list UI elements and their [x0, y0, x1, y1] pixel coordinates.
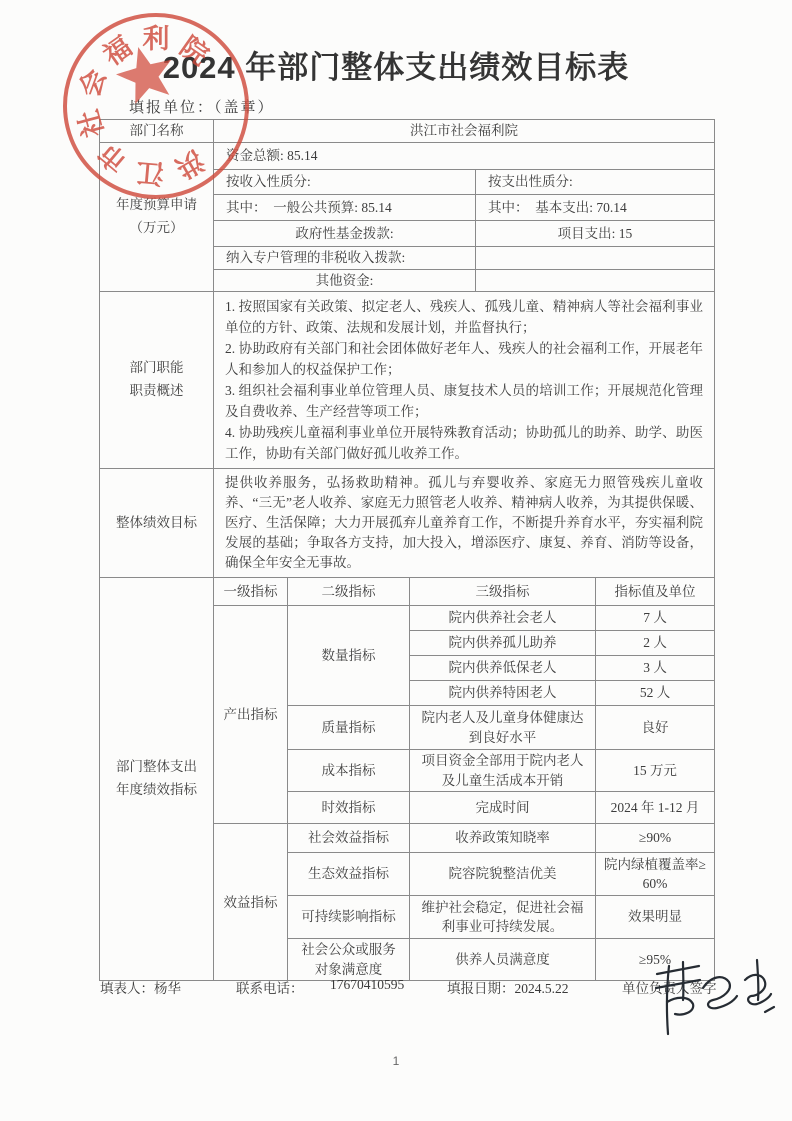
expense-type-header-cell: 按支出性质分: — [476, 170, 715, 195]
page-number: 1 — [0, 1054, 792, 1068]
duties-header-cell: 部门职能 职责概述 — [100, 292, 214, 469]
dept-name-label-cell: 部门名称 — [100, 120, 214, 143]
income-other-cell: 其他资金: — [214, 269, 476, 292]
indicators-outer-header-cell: 部门整体支出 年度绩效指标 — [100, 578, 214, 981]
reporting-unit-line: 填报单位：（盖章） — [129, 96, 275, 117]
duties-section: 部门职能 职责概述 1. 按照国家有关政策、拟定老人、残疾人、孤残儿童、精神病人… — [99, 291, 715, 469]
expense-basic-cell: 其中： 基本支出: 70.14 — [476, 195, 715, 221]
level3-cell: 院内老人及儿童身体健康达到良好水平 — [410, 706, 596, 750]
income-nontax-cell: 纳入专户管理的非税收入拨款: — [214, 247, 476, 270]
value-cell: 15 万元 — [596, 750, 715, 792]
income-gov-fund-cell: 政府性基金拨款: — [214, 221, 476, 247]
income-general-budget-cell: 其中： 一般公共预算: 85.14 — [214, 195, 476, 221]
level2-cell: 时效指标 — [288, 792, 410, 824]
level3-cell: 院内供养孤儿助养 — [410, 631, 596, 656]
preparer-field: 填表人：杨华 — [100, 977, 181, 997]
duties-header-line1: 部门职能 — [107, 357, 206, 380]
level3-cell: 院内供养特困老人 — [410, 681, 596, 706]
level2-cell: 数量指标 — [288, 606, 410, 706]
duty-item: 2. 协助政府有关部门和社会团体做好老年人、残疾人的社会福利工作，开展老年人和参… — [225, 338, 703, 380]
dept-name-value-cell: 洪江市社会福利院 — [214, 120, 715, 143]
level3-cell: 完成时间 — [410, 792, 596, 824]
value-cell: 52 人 — [596, 681, 715, 706]
col-header-level2: 二级指标 — [288, 578, 410, 606]
empty-cell — [476, 269, 715, 292]
col-header-value: 指标值及单位 — [596, 578, 715, 606]
level2-cell: 社会效益指标 — [288, 824, 410, 853]
budget-header-line1: 年度预算申请 — [107, 194, 206, 217]
level2-cell: 社会公众或服务对象满意度 — [288, 939, 410, 981]
budget-total-cell: 资金总额: 85.14 — [214, 143, 715, 170]
value-cell: 2024 年 1-12 月 — [596, 792, 715, 824]
value-cell: 3 人 — [596, 656, 715, 681]
indicators-section: 部门整体支出 年度绩效指标 一级指标 二级指标 三级指标 指标值及单位 产出指标… — [99, 577, 715, 981]
level3-cell: 维护社会稳定，促进社会福利事业可持续发展。 — [410, 896, 596, 939]
value-cell: 院内绿植覆盖率≥60% — [596, 853, 715, 896]
col-header-level3: 三级指标 — [410, 578, 596, 606]
level3-cell: 收养政策知晓率 — [410, 824, 596, 853]
table-row: 部门名称 洪江市社会福利院 — [100, 120, 715, 143]
table-row: 整体绩效目标 提供收养服务，弘扬救助精神。孤儿与弃婴收养、家庭无力照管残疾儿童收… — [100, 469, 715, 578]
indicator-header-row: 部门整体支出 年度绩效指标 一级指标 二级指标 三级指标 指标值及单位 — [100, 578, 715, 606]
handwritten-signature — [653, 944, 783, 1044]
level3-cell: 院内供养低保老人 — [410, 656, 596, 681]
performance-target-table: 部门名称 洪江市社会福利院 年度预算申请 （万元） 资金总额: 85.14 按收… — [99, 120, 714, 981]
indicators-outer-line2: 年度绩效指标 — [107, 779, 206, 802]
goal-text: 提供收养服务，弘扬救助精神。孤儿与弃婴收养、家庭无力照管残疾儿童收养、“三无”老… — [225, 473, 703, 573]
level1-benefit-cell: 效益指标 — [214, 824, 288, 981]
level2-cell: 可持续影响指标 — [288, 896, 410, 939]
value-cell: 7 人 — [596, 606, 715, 631]
table-row: 部门职能 职责概述 1. 按照国家有关政策、拟定老人、残疾人、孤残儿童、精神病人… — [100, 292, 715, 469]
duties-header-line2: 职责概述 — [107, 380, 206, 403]
duties-content-cell: 1. 按照国家有关政策、拟定老人、残疾人、孤残儿童、精神病人等社会福利事业单位的… — [214, 292, 715, 469]
level3-cell: 项目资金全部用于院内老人及儿童生活成本开销 — [410, 750, 596, 792]
level2-cell: 质量指标 — [288, 706, 410, 750]
phone-value: 17670410595 — [330, 977, 404, 993]
goal-header-cell: 整体绩效目标 — [100, 469, 214, 578]
goal-content-cell: 提供收养服务，弘扬救助精神。孤儿与弃婴收养、家庭无力照管残疾儿童收养、“三无”老… — [214, 469, 715, 578]
value-cell: 良好 — [596, 706, 715, 750]
empty-cell — [476, 247, 715, 270]
budget-header-line2: （万元） — [107, 217, 206, 240]
value-cell: 效果明显 — [596, 896, 715, 939]
level3-cell: 供养人员满意度 — [410, 939, 596, 981]
duty-item: 3. 组织社会福利事业单位管理人员、康复技术人员的培训工作；开展规范化管理及自费… — [225, 380, 703, 422]
level1-output-cell: 产出指标 — [214, 606, 288, 824]
indicators-outer-line1: 部门整体支出 — [107, 756, 206, 779]
income-type-header-cell: 按收入性质分: — [214, 170, 476, 195]
goal-section: 整体绩效目标 提供收养服务，弘扬救助精神。孤儿与弃婴收养、家庭无力照管残疾儿童收… — [99, 468, 715, 578]
page-title: 2024 年部门整体支出绩效目标表 — [0, 42, 792, 87]
level3-cell: 院内供养社会老人 — [410, 606, 596, 631]
budget-section: 部门名称 洪江市社会福利院 年度预算申请 （万元） 资金总额: 85.14 按收… — [99, 119, 715, 292]
level2-cell: 成本指标 — [288, 750, 410, 792]
value-cell: ≥90% — [596, 824, 715, 853]
duty-item: 4. 协助残疾儿童福利事业单位开展特殊教育活动；协助孤儿的助养、助学、助医工作，… — [225, 422, 703, 464]
level2-cell: 生态效益指标 — [288, 853, 410, 896]
level3-cell: 院容院貌整洁优美 — [410, 853, 596, 896]
col-header-level1: 一级指标 — [214, 578, 288, 606]
expense-project-cell: 项目支出: 15 — [476, 221, 715, 247]
table-row: 年度预算申请 （万元） 资金总额: 85.14 — [100, 143, 715, 170]
phone-label: 联系电话： — [236, 977, 304, 997]
report-date-field: 填报日期：2024.5.22 — [447, 977, 569, 997]
value-cell: 2 人 — [596, 631, 715, 656]
duty-item: 1. 按照国家有关政策、拟定老人、残疾人、孤残儿童、精神病人等社会福利事业单位的… — [225, 296, 703, 338]
budget-header-cell: 年度预算申请 （万元） — [100, 143, 214, 292]
